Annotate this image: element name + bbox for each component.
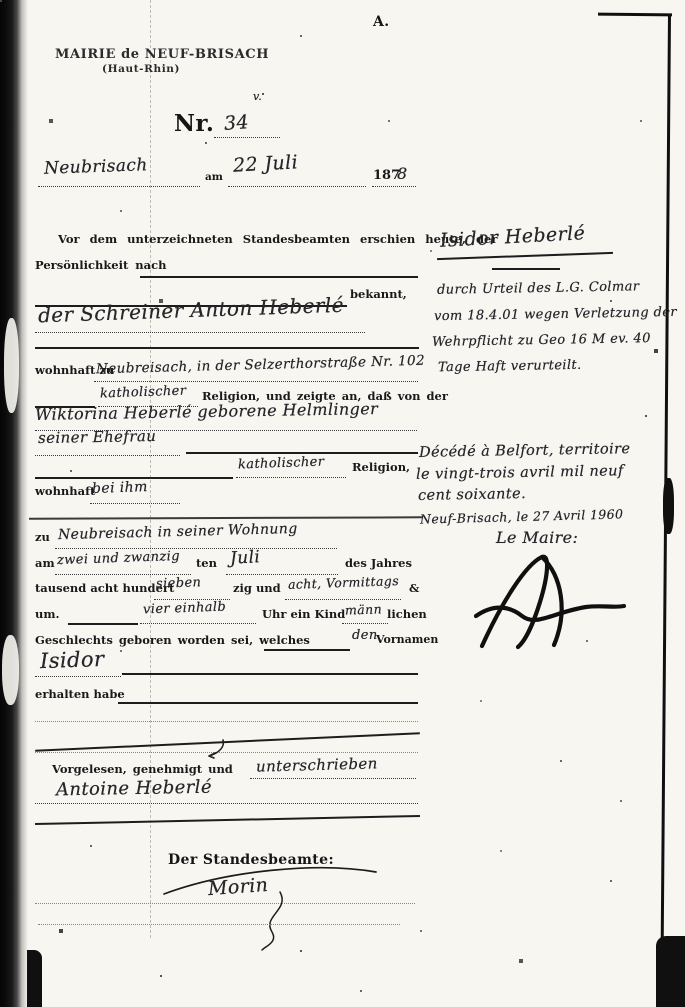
erhalten-habe-label: erhalten habe: [35, 687, 125, 701]
dotted-line: [94, 381, 418, 382]
fill-line: [264, 649, 350, 651]
mairie-stamp-line1: MAIRIE de NEUF-BRISACH: [55, 47, 269, 62]
year-decade-written: sieben: [156, 575, 202, 592]
scan-left-edge: [0, 0, 28, 1007]
fold-crease-horizontal: [29, 516, 423, 519]
death-note-line3: cent soixante.: [418, 486, 526, 504]
vorgelesen-label: Vorgelesen, genehmigt und: [52, 762, 233, 776]
dotted-line: [35, 676, 121, 677]
dotted-line: [38, 924, 400, 925]
fill-line: [35, 347, 419, 349]
margin-note1-line2: vom 18.4.01 wegen Verletzung der: [434, 305, 677, 324]
body-line2: Persönlichkeit nach: [35, 258, 166, 272]
scan-ink-blot: [663, 478, 674, 534]
dotted-line: [214, 137, 280, 138]
mayor-signature: [468, 550, 633, 650]
birthmonth-written: Juli: [229, 547, 260, 569]
strike-line: [35, 815, 420, 825]
um-label: um.: [35, 607, 60, 621]
gender-written: männ: [345, 601, 383, 617]
le-maire-label: Le Maire:: [496, 528, 578, 547]
uhr-ein-kind-label: Uhr ein Kind: [262, 607, 345, 621]
unterschrieben-written: unterschrieben: [256, 754, 378, 775]
dotted-line: [285, 599, 401, 600]
wohnhaft-label: wohnhaft: [35, 484, 95, 498]
year-unit-written: acht, Vormittags: [288, 573, 399, 592]
margin-name-title: Isidor Heberlé: [440, 222, 586, 252]
body-line3: bekannt,: [350, 287, 407, 301]
den-written: den: [352, 628, 378, 643]
fill-line: [140, 276, 418, 278]
page-letter-mark: A.: [373, 14, 390, 30]
fold-mark: v.: [253, 90, 262, 103]
date-written: 22 Juli: [232, 151, 298, 176]
dotted-line: [35, 903, 415, 904]
margin-note1-line3: Wehrpflicht zu Geo 16 M ev. 40: [432, 331, 651, 350]
dotted-line: [55, 548, 337, 549]
ten-suffix: ten: [196, 556, 217, 570]
fill-line: [122, 673, 418, 675]
document-page: A. MAIRIE de NEUF-BRISACH (Haut-Rhin) v.…: [0, 0, 685, 1007]
margin-note1-line1: durch Urteil des L.G. Colmar: [437, 279, 640, 298]
declarant-name-written: der Schreiner Anton Heberlé: [38, 293, 345, 328]
ampersand-mark: &: [409, 581, 419, 595]
dotted-line: [55, 574, 191, 575]
death-note-line2: le vingt-trois avril mil neuf: [416, 463, 624, 483]
dotted-line: [35, 803, 418, 804]
dotted-line: [250, 778, 416, 779]
underline: [437, 252, 613, 260]
death-note-date: Neuf-Brisach, le 27 Avril 1960: [420, 506, 624, 526]
dotted-line: [372, 186, 416, 187]
dotted-line: [90, 503, 180, 504]
zig-und-label: zig und: [233, 581, 281, 595]
scan-edge-gap: [4, 318, 19, 413]
record-number: 34: [223, 111, 249, 135]
fill-line: [68, 623, 138, 625]
am2-label: am: [35, 556, 55, 570]
scan-top-edge-line: [598, 13, 672, 17]
religion2-written: katholischer: [238, 454, 325, 472]
dotted-line: [38, 186, 200, 187]
body-line1: Vor dem unterzeichneten Standesbeamten e…: [58, 232, 497, 246]
dotted-line: [236, 477, 346, 478]
registrar-signature-flourish: [158, 858, 388, 953]
fill-line: [35, 477, 233, 479]
wife-written: seiner Ehefrau: [38, 427, 157, 447]
dotted-line: [35, 332, 365, 333]
lichen-suffix: lichen: [387, 607, 427, 621]
dotted-line: [342, 623, 388, 624]
birthday-written: zwei und zwanzig: [57, 549, 180, 568]
scan-edge-gap: [2, 635, 19, 705]
year-written: 8: [397, 164, 408, 183]
pen-flourish-mark: [205, 738, 229, 760]
child-name-written: Isidor: [40, 647, 105, 673]
dotted-line: [228, 186, 366, 187]
religion-written: katholischer: [100, 383, 187, 401]
birthtime-written: vier einhalb: [143, 600, 227, 618]
scan-corner-blot: [656, 936, 685, 1007]
place-written: Neubrisach: [44, 155, 148, 179]
underline: [492, 268, 560, 270]
fill-line: [118, 702, 418, 704]
margin-note1-line4: Tage Haft verurteilt.: [438, 358, 582, 376]
mother-name-written: Wiktorina Heberlé geborene Helmlinger: [35, 399, 378, 424]
dotted-line: [35, 721, 418, 722]
mairie-stamp-line2: (Haut-Rhin): [102, 63, 180, 75]
residence-written: Neubreisach, in der Selzerthorstraße Nr.…: [96, 353, 425, 378]
father-signature: Antoine Heberlé: [56, 777, 212, 801]
scan-corner-blot: [27, 950, 42, 1007]
death-note-line1: Décédé à Belfort, territoire: [419, 441, 631, 461]
am-label: am: [205, 171, 223, 183]
scan-noise: [0, 0, 2, 2]
fill-line: [186, 452, 418, 454]
birthplace-written: Neubreisach in seiner Wohnung: [58, 521, 298, 543]
body-line15: Geschlechts geboren worden sei, welches: [35, 633, 310, 647]
vornamen-label: Vornamen: [376, 633, 438, 646]
religion2-label: Religion,: [352, 460, 410, 474]
year-words-printed: tausend acht hundert: [35, 581, 174, 595]
dotted-line: [35, 455, 180, 456]
zu-label: zu: [35, 530, 50, 544]
dotted-line: [140, 623, 256, 624]
residence2-written: bei ihm: [92, 479, 148, 497]
des-jahres-label: des Jahres: [345, 556, 412, 570]
number-label: Nr.: [174, 110, 214, 137]
